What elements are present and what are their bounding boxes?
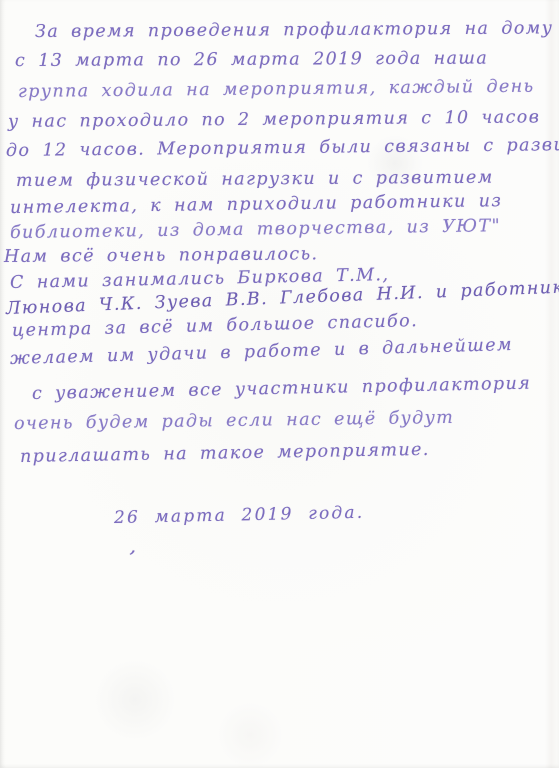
handwritten-line: Нам всё очень понравилось. <box>4 244 319 267</box>
handwritten-line: За время проведения профилактория на дом… <box>35 18 553 42</box>
handwritten-line: интелекта, к нам приходили работники из <box>10 191 503 218</box>
handwritten-line: приглашать на такое мероприятие. <box>20 440 430 467</box>
handwritten-line: с уважением все участники профилактория <box>32 374 532 404</box>
handwritten-line: группа ходила на мероприятия, каждый ден… <box>18 77 535 102</box>
date-line: 26 марта 2019 года. <box>114 503 365 528</box>
handwritten-line: с 13 марта по 26 марта 2019 года наша <box>15 49 488 71</box>
scanned-page: За время проведения профилактория на дом… <box>0 0 559 768</box>
handwritten-line: у нас проходило по 2 мероприятия с 10 ча… <box>8 107 540 132</box>
handwritten-line: очень будем рады если нас ещё будут <box>14 408 454 434</box>
handwritten-line: до 12 часов. Мероприятия были связаны с … <box>6 135 559 161</box>
ink-squiggle-mark: ’ <box>126 545 139 570</box>
handwritten-line: тием физической нагрузки и с развитием <box>16 168 494 191</box>
handwritten-line: желаем им удачи в работе и в дальнейшем <box>10 335 513 369</box>
handwritten-line: библиотеки, из дома творчества, из УЮТ" <box>10 216 501 243</box>
